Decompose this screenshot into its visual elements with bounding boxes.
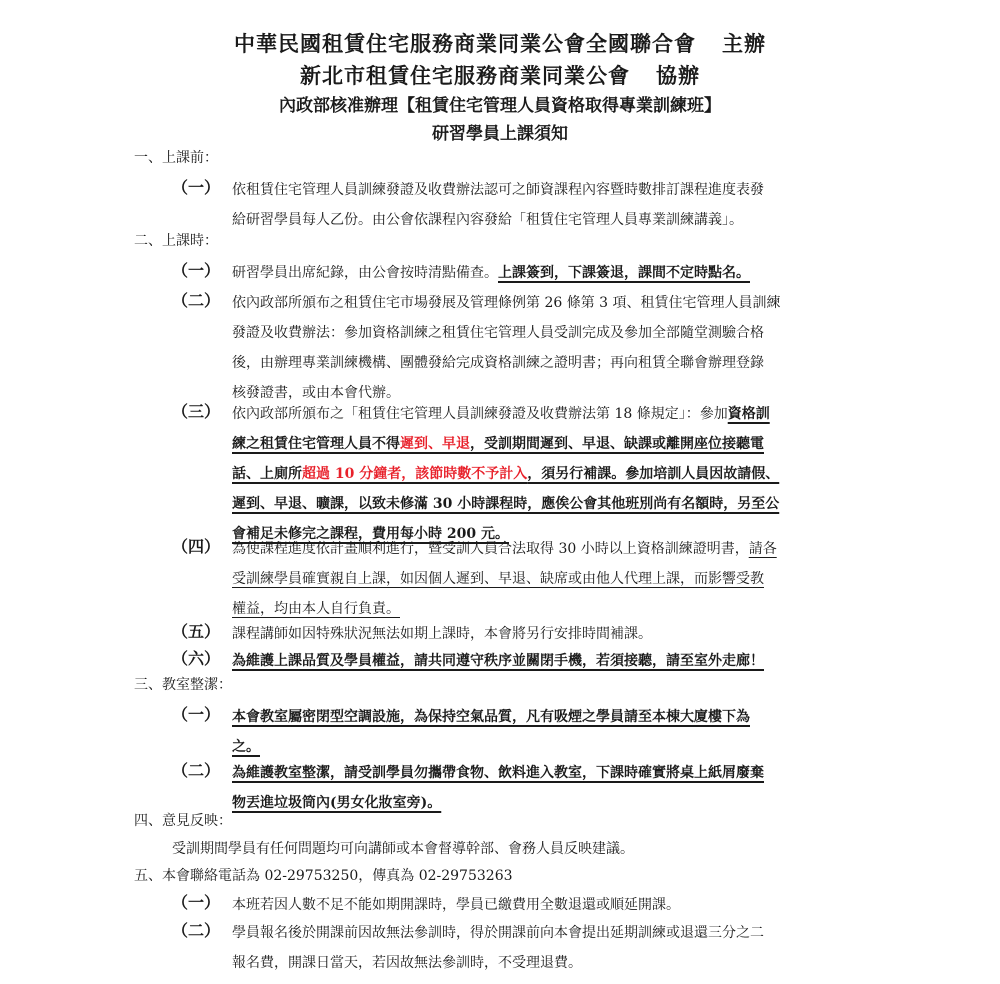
item-text: 發證及收費辦法：參加資格訓練之租賃住宅管理人員受訓完成及參加全部隨堂測驗合格 (232, 318, 872, 348)
feedback-text: 受訓期間學員有任何問題均可向講師或本會督導幹部、會務人員反映建議。 (172, 839, 634, 859)
section-heading-during-class: 二、上課時： (134, 231, 218, 251)
document-page: 中華民國租賃住宅服務商業同業公會全國聯合會主辦 新北市租賃住宅服務商業同業公會協… (0, 0, 1000, 984)
co-organizer-role: 協辦 (656, 63, 700, 88)
item-number: （五） (172, 619, 218, 642)
emphasis-text: 為維護上課品質及學員權益，請共同遵守秩序並關閉手機，若須接聽，請至室外走廊！ (232, 646, 872, 676)
organizer-name: 中華民國租賃住宅服務商業同業公會全國聯合會 (234, 31, 696, 56)
co-organizer-line: 新北市租賃住宅服務商業同業公會協辦 (0, 60, 1000, 92)
emphasis-text: 練之租賃住宅管理人員不得 (232, 436, 400, 452)
section-heading-classroom: 三、教室整潔： (134, 675, 232, 695)
section-heading-contact: 五、本會聯絡電話為 02-29753250，傳真為 02-29753263 (134, 866, 513, 886)
item-text: 依內政部所頒布之「租賃住宅管理人員訓練發證及收費辦法第 18 條規定」：參加 (232, 406, 728, 422)
item-number: （四） (172, 534, 218, 557)
document-header: 中華民國租賃住宅服務商業同業公會全國聯合會主辦 新北市租賃住宅服務商業同業公會協… (0, 28, 1000, 148)
item-text: 課程講師如因特殊狀況無法如期上課時，本會將另行安排時間補課。 (232, 619, 872, 649)
emphasis-text: 話、上廁所 (232, 466, 302, 482)
emphasis-text: ，受訓期間遲到、早退、缺課或離開座位接聽電 (470, 436, 764, 452)
item-text: 學員報名後於開課前因故無法參訓時，得於開課前向本會提出延期訓練或退還三分之二 (232, 918, 872, 948)
item-number: （一） (172, 175, 218, 198)
section-heading-feedback: 四、意見反映： (134, 811, 232, 831)
co-organizer-name: 新北市租賃住宅服務商業同業公會 (300, 63, 630, 88)
item-number: （一） (172, 890, 218, 913)
item-text: 依內政部所頒布之租賃住宅市場發展及管理條例第 26 條第 3 項、租賃住宅管理人… (232, 288, 872, 318)
red-emphasis-text: 遲到、早退 (400, 436, 470, 452)
item-number: （六） (172, 646, 218, 669)
emphasis-text: 本會教室屬密閉型空調設施，為保持空氣品質，凡有吸煙之學員請至本棟大廈樓下為 (232, 702, 872, 732)
item-number: （二） (172, 288, 218, 311)
item-text: 為使課程進度依計畫順利進行，暨受訓人員合法取得 30 小時以上資格訓練證明書， (232, 541, 749, 557)
item-number: （二） (172, 758, 218, 781)
item-number: （三） (172, 399, 218, 422)
item-text: 本班若因人數不足不能如期開課時，學員已繳費用全數退還或順延開課。 (232, 890, 872, 920)
emphasis-text: 遲到、早退、曠課，以致未修滿 30 小時課程時，應俟公會其他班別尚有名額時，另至… (232, 489, 872, 519)
course-title: 內政部核准辦理【租賃住宅管理人員資格取得專業訓練班】 (0, 92, 1000, 120)
emphasis-text: 為維護教室整潔，請受訓學員勿攜帶食物、飲料進入教室，下課時確實將桌上紙屑廢棄 (232, 758, 872, 788)
red-emphasis-text: 超過 10 分鐘者，該節時數不予計入 (302, 466, 527, 482)
organizer-role: 主辦 (722, 31, 766, 56)
item-text: 研習學員出席紀錄，由公會按時清點備查。 (232, 265, 498, 281)
item-number: （二） (172, 918, 218, 941)
emphasis-text: 物丟進垃圾筒內(男女化妝室旁)。 (232, 788, 872, 818)
underlined-text: 請各 (749, 541, 777, 557)
item-text: 給研習學員每人乙份。由公會依課程內容發給「租賃住宅管理人員專業訓練講義」。 (232, 205, 872, 235)
item-number: （一） (172, 258, 218, 281)
emphasis-text: ，須另行補課。參加培訓人員因故請假、 (527, 466, 779, 482)
document-title: 研習學員上課須知 (0, 120, 1000, 148)
section-heading-before-class: 一、上課前： (134, 148, 218, 168)
emphasis-text: 上課簽到，下課簽退，課間不定時點名。 (498, 265, 750, 281)
item-text: 報名費，開課日當天，若因故無法參訓時，不受理退費。 (232, 948, 872, 978)
organizer-line: 中華民國租賃住宅服務商業同業公會全國聯合會主辦 (0, 28, 1000, 60)
underlined-text: 受訓練學員確實親自上課，如因個人遲到、早退、缺席或由他人代理上課，而影響受教 (232, 564, 872, 594)
emphasis-text: 資格訓 (728, 406, 770, 422)
item-number: （一） (172, 702, 218, 725)
item-text: 依租賃住宅管理人員訓練發證及收費辦法認可之師資課程內容暨時數排訂課程進度表發 (232, 175, 872, 205)
item-text: 後，由辦理專業訓練機構、團體發給完成資格訓練之證明書；再向租賃全聯會辦理登錄 (232, 348, 872, 378)
